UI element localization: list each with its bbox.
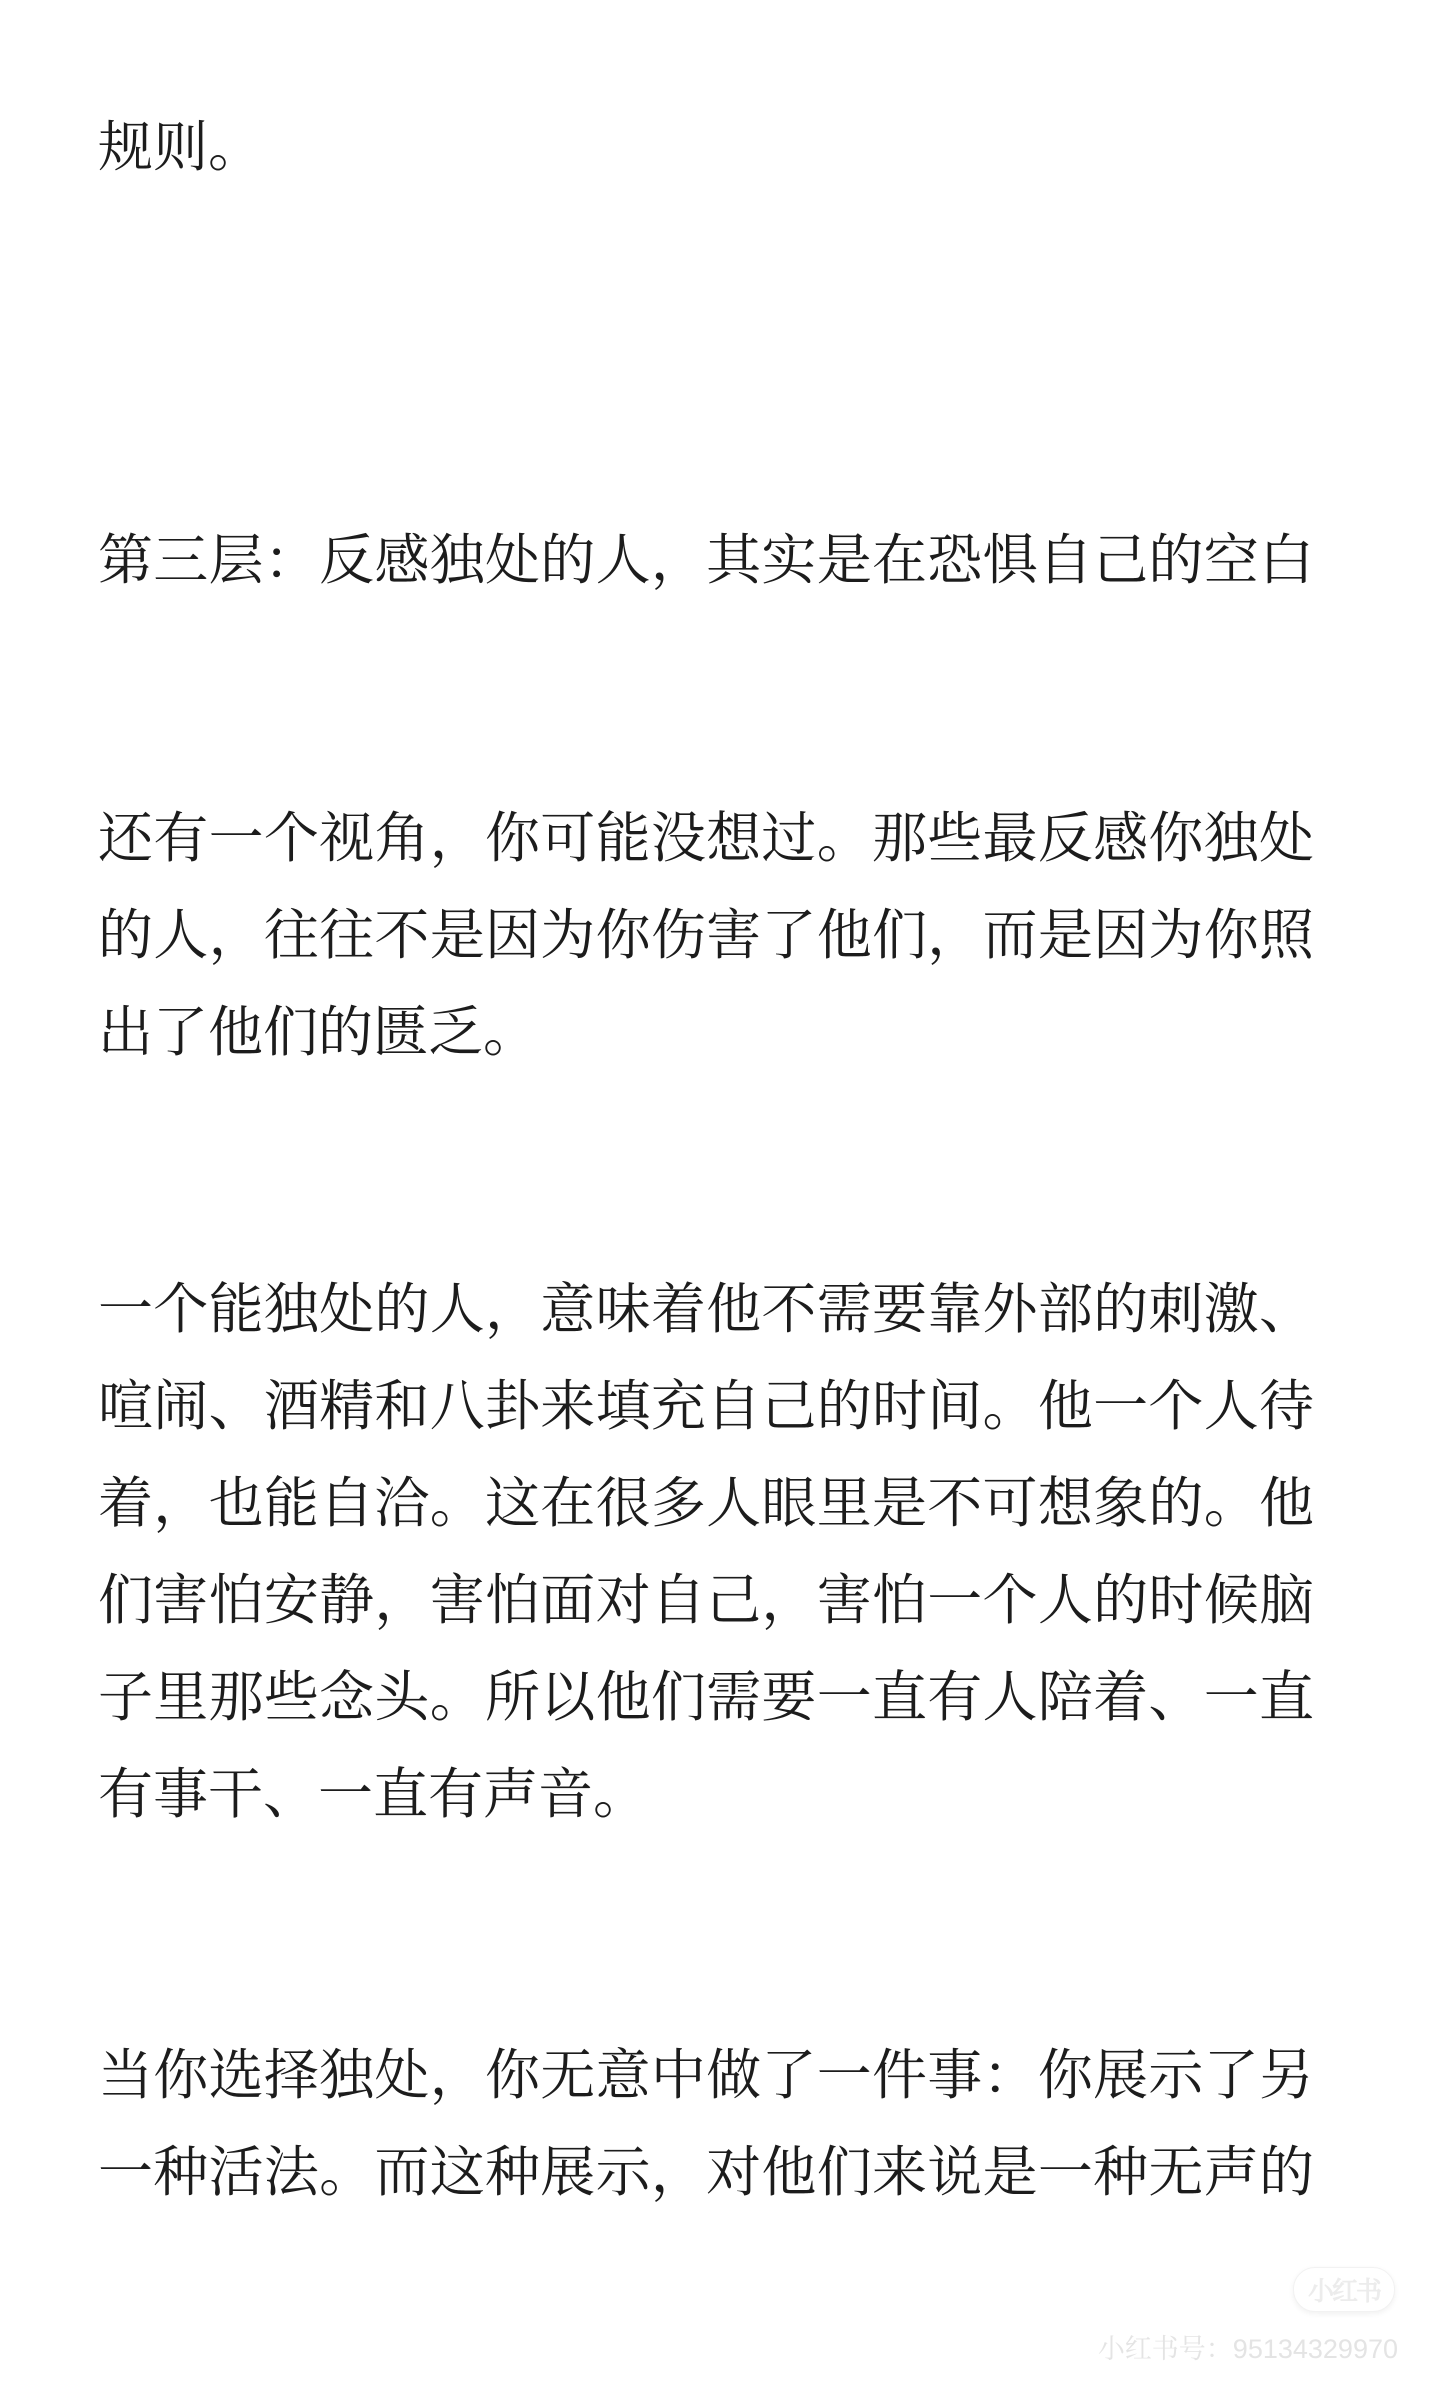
paragraph-line: 有事干、一直有声音。 xyxy=(98,1746,1338,1843)
paragraph-line: 一个能独处的人，意味着他不需要靠外部的刺激、 xyxy=(98,1261,1314,1358)
paragraph-line: 当你选择独处，你无意中做了一件事：你展示了另 xyxy=(98,2027,1314,2124)
paragraph-line: 们害怕安静，害怕面对自己，害怕一个人的时候脑 xyxy=(98,1552,1314,1649)
paragraph-line: 一种活法。而这种展示，对他们来说是一种无声的 xyxy=(98,2124,1314,2221)
xiaohongshu-logo-watermark: 小红书 xyxy=(1293,2267,1395,2312)
intro-fragment-line: 规则。 xyxy=(98,99,1338,196)
paragraph-line: 的人，往往不是因为你伤害了他们，而是因为你照 xyxy=(98,887,1314,984)
section-heading: 第三层：反感独处的人，其实是在恐惧自己的空白 xyxy=(98,512,1314,609)
paragraph-line: 着，也能自洽。这在很多人眼里是不可想象的。他 xyxy=(98,1455,1314,1552)
paragraph-line: 出了他们的匮乏。 xyxy=(98,984,1338,1081)
paragraph-line: 喧闹、酒精和八卦来填充自己的时间。他一个人待 xyxy=(98,1358,1314,1455)
paragraph-line: 子里那些念头。所以他们需要一直有人陪着、一直 xyxy=(98,1649,1314,1746)
xiaohongshu-id-watermark: 小红书号：95134329970 xyxy=(1052,2332,1398,2366)
paragraph-line: 还有一个视角，你可能没想过。那些最反感你独处 xyxy=(98,790,1314,887)
